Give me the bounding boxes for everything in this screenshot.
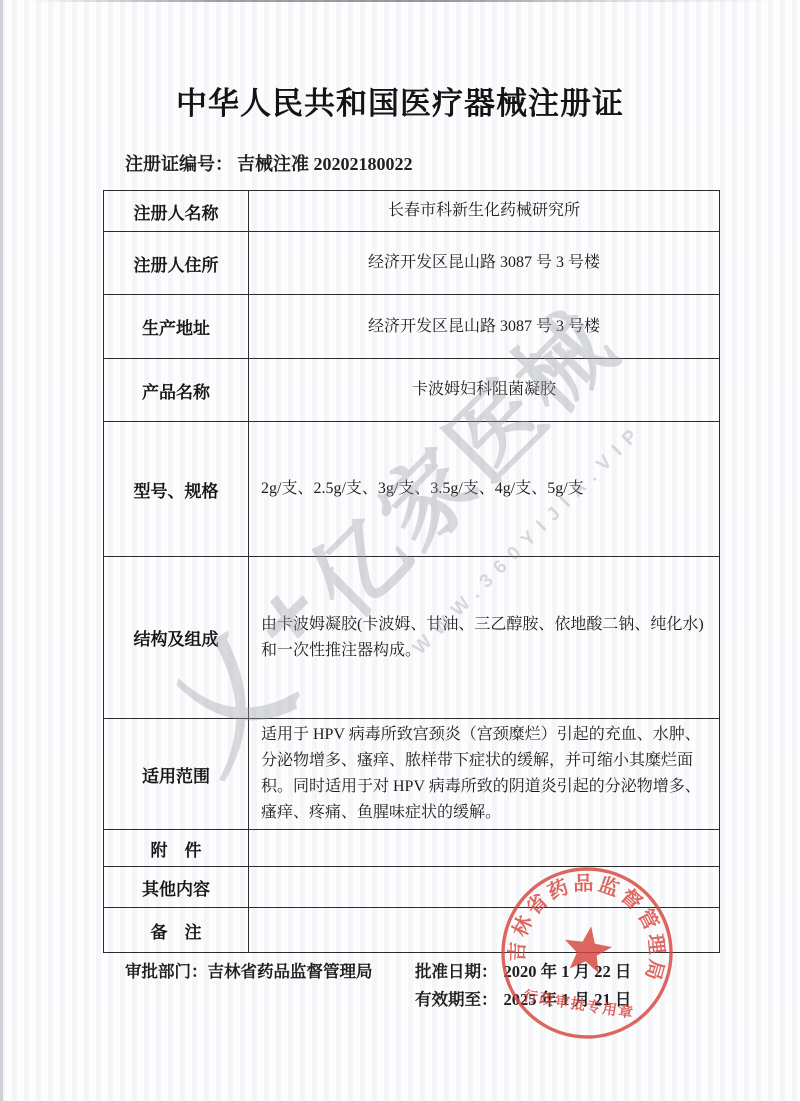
row-label: 产品名称 [104,359,249,421]
page-title: 中华人民共和国医疗器械注册证 [0,78,800,123]
approval-date-label: 批准日期： [415,963,498,981]
row-value [249,867,719,907]
row-value: 经济开发区昆山路 3087 号 3 号楼 [249,232,719,294]
approval-department: 审批部门：吉林省药品监督管理局 [125,958,373,982]
row-value [249,830,719,866]
row-value [249,908,719,952]
table-row: 型号、规格 2g/支、2.5g/支、3g/支、3.5g/支、4g/支、5g/支 [104,421,719,556]
row-label: 注册人名称 [104,191,249,231]
table-row: 产品名称 卡波姆妇科阻菌凝胶 [104,358,719,421]
row-value: 适用于 HPV 病毒所致宫颈炎（宫颈糜烂）引起的充血、水肿、分泌物增多、瘙痒、脓… [249,719,719,829]
valid-until-label: 有效期至： [415,991,498,1009]
table-row: 结构及组成 由卡波姆凝胶(卡波姆、甘油、三乙醇胺、依地酸二钠、纯化水)和一次性推… [104,556,719,718]
approval-date-value: 2020 年 1 月 22 日 [504,962,632,981]
row-label: 型号、规格 [104,422,249,556]
row-label: 注册人住所 [104,232,249,294]
cert-number-label: 注册证编号： [125,154,233,174]
row-label: 附 件 [104,830,249,866]
approval-date: 批准日期：2020 年 1 月 22 日 [415,958,631,982]
row-label: 其他内容 [104,867,249,907]
cert-number-line: 注册证编号：吉械注准 20202180022 [125,150,413,176]
valid-until-date: 有效期至：2025 年 1 月 21 日 [415,986,631,1010]
row-label: 备 注 [104,908,249,952]
valid-until-value: 2025 年 1 月 21 日 [504,990,632,1009]
table-row: 生产地址 经济开发区昆山路 3087 号 3 号楼 [104,294,719,358]
scan-edge-top [30,0,780,2]
row-value: 经济开发区昆山路 3087 号 3 号楼 [249,295,719,358]
table-row: 附 件 [104,829,719,866]
row-value: 由卡波姆凝胶(卡波姆、甘油、三乙醇胺、依地酸二钠、纯化水)和一次性推注器构成。 [249,557,719,718]
table-row: 其他内容 [104,866,719,907]
row-label: 生产地址 [104,295,249,358]
table-row: 注册人名称 长春市科新生化药械研究所 [104,191,719,231]
row-value: 2g/支、2.5g/支、3g/支、3.5g/支、4g/支、5g/支 [249,422,719,556]
table-row: 注册人住所 经济开发区昆山路 3087 号 3 号楼 [104,231,719,294]
row-label: 结构及组成 [104,557,249,718]
row-label: 适用范围 [104,719,249,829]
table-row: 适用范围 适用于 HPV 病毒所致宫颈炎（宫颈糜烂）引起的充血、水肿、分泌物增多… [104,718,719,829]
scan-edge-left [0,0,3,1101]
row-value: 卡波姆妇科阻菌凝胶 [249,359,719,421]
approval-department-value: 吉林省药品监督管理局 [208,963,373,981]
table-row: 备 注 [104,907,719,952]
registration-table: 注册人名称 长春市科新生化药械研究所 注册人住所 经济开发区昆山路 3087 号… [103,190,720,953]
cert-number-value: 吉械注准 20202180022 [237,154,413,174]
certificate-page: 中华人民共和国医疗器械注册证 注册证编号：吉械注准 20202180022 注册… [0,0,800,1101]
row-value: 长春市科新生化药械研究所 [249,191,719,231]
approval-department-label: 审批部门： [125,963,208,981]
